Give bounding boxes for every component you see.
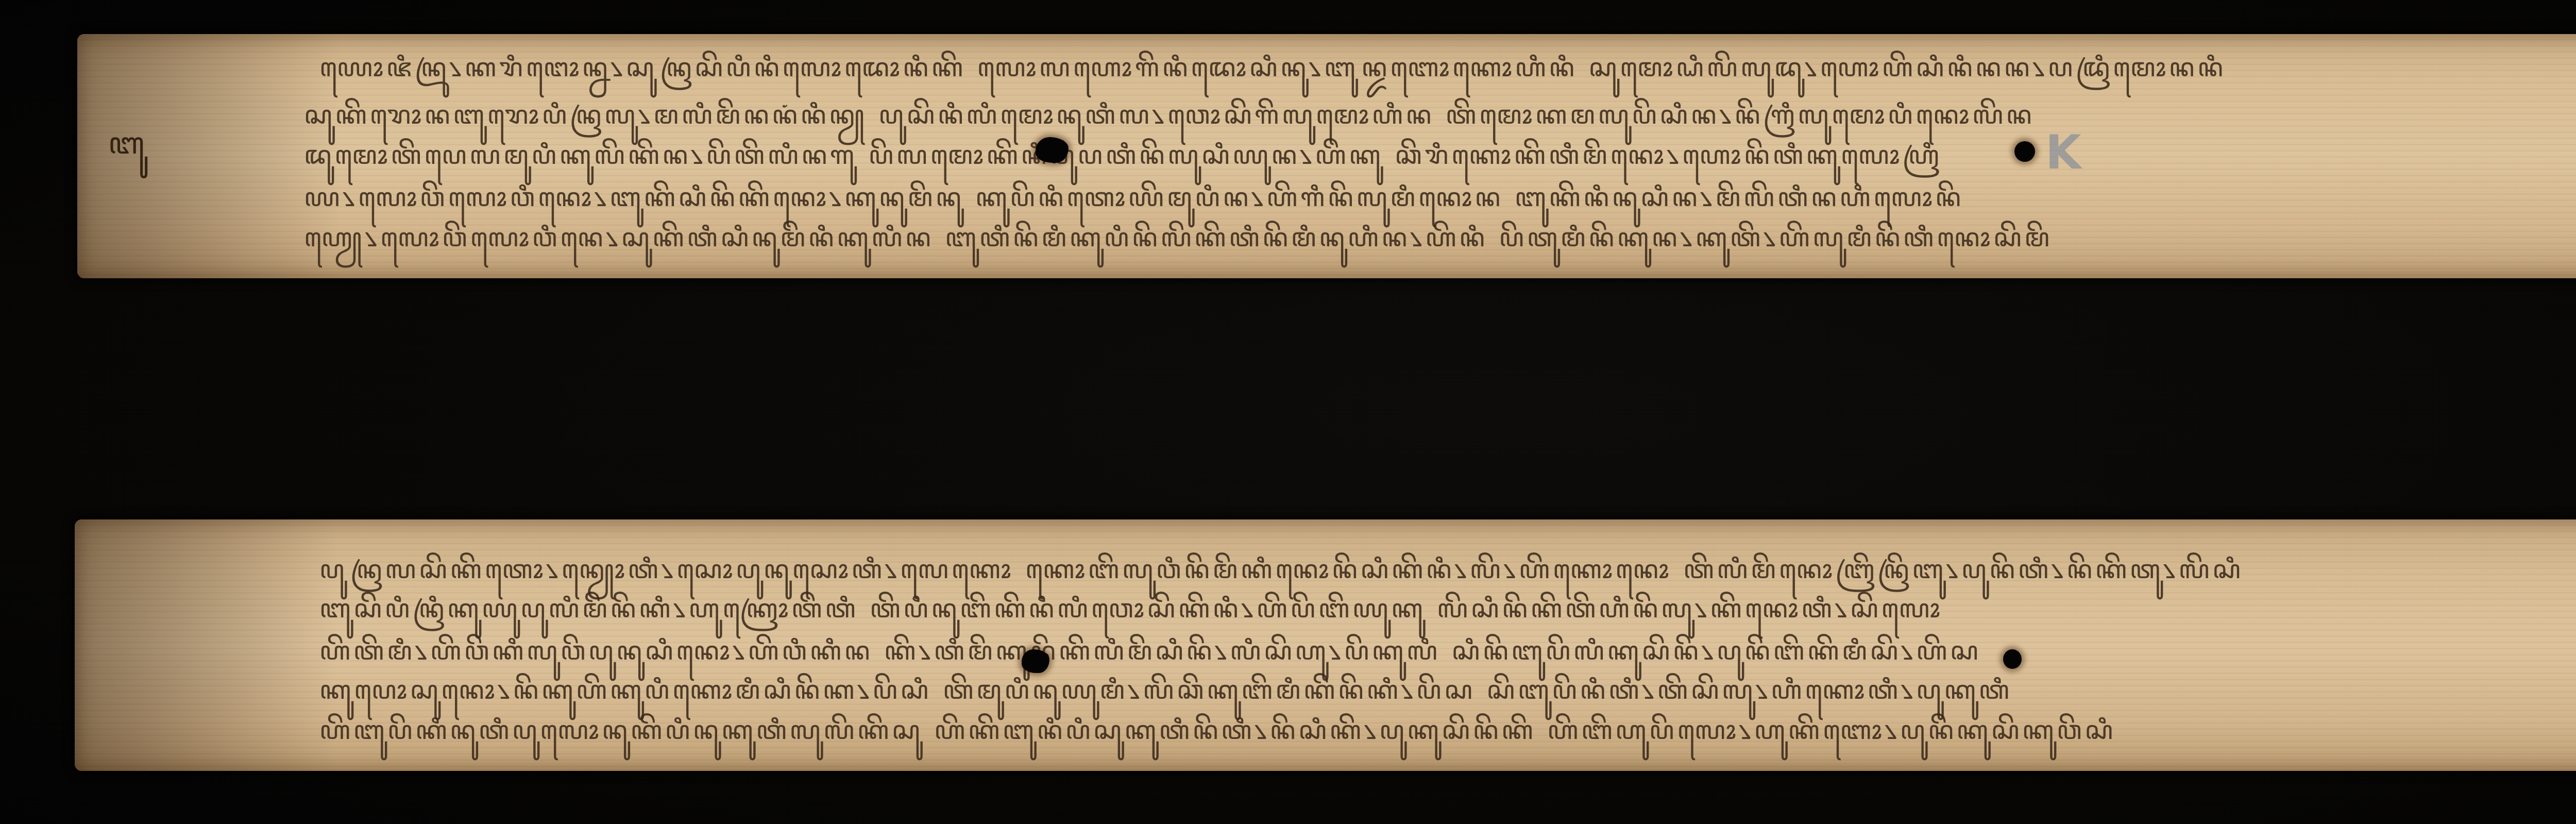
manuscript-line: ꦥꦸꦤꦿꦭꦱꦼꦏꦼꦠꦺꦴ꧈ꦤꦾꦺꦴꦠꦶ꧈ꦱꦺꦴꦥꦸꦤꦸꦱꦺꦴꦠꦶ꧈ꦭꦺꦏꦺꦴ ꦏ… bbox=[319, 557, 2244, 582]
manuscript-line: ꦲꦼꦧꦸꦥꦼꦏꦶꦤꦸꦠꦶꦥꦸꦭꦺꦴꦤꦸꦏꦼꦥꦶꦤꦸꦏꦸꦠꦶꦭꦸꦭꦼꦏꦼꦱꦸ ꦲꦼ… bbox=[319, 717, 2116, 743]
pencil-annotation-mark: K bbox=[2045, 126, 2081, 180]
manuscript-line: ꦲꦼꦠꦼꦩꦶ꧈ꦲꦼꦮꦼꦏꦶꦭꦸꦮꦼꦥꦸꦤꦸꦱꦶꦤꦺꦴ꧈ꦲꦼꦮꦶꦏꦶꦤ ꦏꦼ꧈ꦠꦶ… bbox=[319, 638, 1981, 664]
manuscript-line: ꦲꦾꦺ꧈ꦭꦺꦴꦮꦼꦭꦺꦴꦮꦶꦤꦺ꧈ꦱꦸꦏꦼꦠꦶꦱꦶꦤꦸꦩꦼꦤꦶꦏꦸꦭꦶꦤ ꦧꦸꦠ… bbox=[304, 225, 2053, 250]
photo-stage: ꦧꦸ ꦪꦺꦴꦗꦶꦤꦿꦸ꧈ꦏꦫꦶꦔꦺꦴꦤ꧀ꦤ꧈ꦱꦸꦤꦿꦱꦼꦥꦶꦤꦶꦭꦺꦴꦢꦺꦴꦤꦶ… bbox=[0, 0, 2576, 824]
manuscript-line: ꦏꦸꦥꦺꦴꦱꦸꦤꦺꦴ꧈ꦤꦼꦏꦸꦲꦼꦏꦸꦥꦶꦏꦺꦴꦩꦶꦱꦶꦤꦼꦏ꧈ꦥꦼꦱꦶ ꦠꦼꦩ… bbox=[319, 677, 2012, 703]
string-hole-right bbox=[2003, 649, 2022, 669]
palm-leaf-bottom: ꦥꦸꦤꦿꦭꦱꦼꦏꦼꦠꦺꦴ꧈ꦤꦾꦺꦴꦠꦶ꧈ꦱꦺꦴꦥꦸꦤꦸꦱꦺꦴꦠꦶ꧈ꦭꦺꦏꦺꦴ ꦏ… bbox=[75, 519, 2576, 771]
string-hole-left bbox=[1022, 649, 1049, 673]
string-hole-right bbox=[2014, 141, 2035, 162]
string-hole-left bbox=[1036, 137, 1069, 163]
manuscript-line: ꦪ꧈ꦭꦺꦴꦮꦼꦭꦺꦴꦮꦶꦤꦺꦴ꧈ꦧꦸꦏꦼꦱꦶꦤꦼꦏꦼꦤꦺꦴ꧈ꦏꦸꦤꦸꦩꦼꦤꦸ ꦏ… bbox=[304, 184, 1964, 210]
leaf-number-mark: ꦧꦸ bbox=[108, 121, 146, 181]
manuscript-line: ꦢꦸꦩꦺꦴꦠꦼꦥꦺꦭꦩꦸꦥꦶꦏꦸꦭꦼꦏꦼꦤ꧈ꦥꦼꦠꦼꦭꦶꦤꦒꦸ ꦥꦼꦭꦩꦺꦴꦏꦼ… bbox=[304, 142, 1942, 168]
manuscript-line: ꦧꦸꦱꦼꦥꦶꦤꦿꦶꦏꦸꦪꦸꦥꦸꦭꦶꦩꦼꦤꦼꦏꦶ꧈ꦲꦸꦏꦿꦺꦴꦠꦼꦠꦶ ꦠꦼꦥꦶꦤ… bbox=[319, 596, 1943, 621]
palm-leaf-top: ꦧꦸ ꦪꦺꦴꦗꦶꦤꦿꦸ꧈ꦏꦫꦶꦔꦺꦴꦤ꧀ꦤ꧈ꦱꦸꦤꦿꦱꦼꦥꦶꦤꦶꦭꦺꦴꦢꦺꦴꦤꦶ… bbox=[77, 34, 2576, 278]
manuscript-line: ꦱꦸꦏꦼꦫꦺꦴꦤꦧꦸꦫꦺꦴꦥꦶꦤꦿꦭꦸ꧈ꦩꦭꦶꦩꦼꦤꦤꦁꦤꦶꦤꦾ ꦥꦸꦱꦼꦤꦶꦭ… bbox=[304, 102, 2035, 128]
manuscript-line: ꦪꦺꦴꦗꦶꦤꦿꦸ꧈ꦏꦫꦶꦔꦺꦴꦤ꧀ꦤ꧈ꦱꦸꦤꦿꦱꦼꦥꦶꦤꦶꦭꦺꦴꦢꦺꦴꦤꦶꦏꦼ … bbox=[319, 55, 2226, 80]
